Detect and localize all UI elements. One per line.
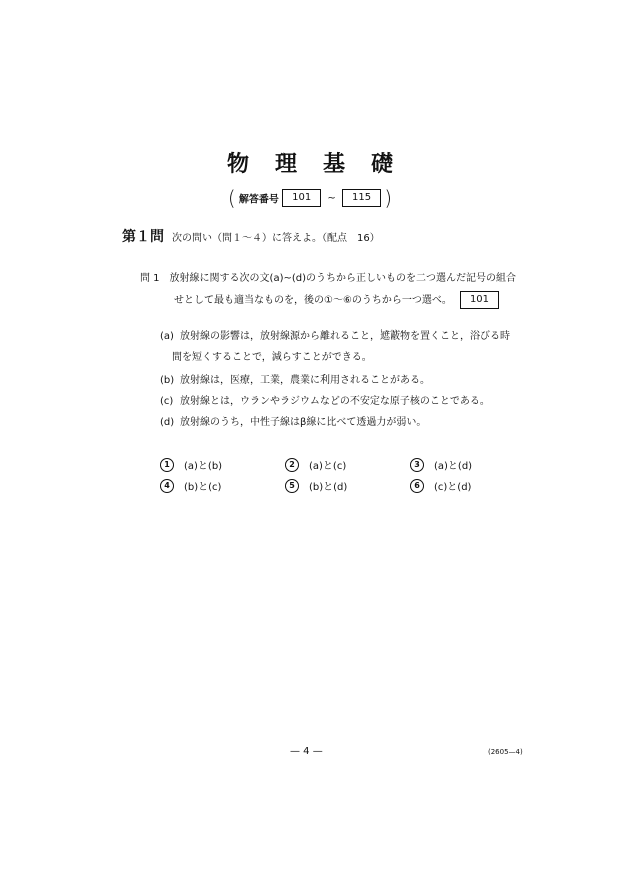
section-instruction: 次の問い（問１～４）に答えよ。（配点 16）	[172, 233, 380, 244]
close-paren: )	[384, 186, 392, 210]
question-text-line1: 放射線に関する次の文(a)~(d)のうちから正しいものを二つ選んだ記号の組合	[170, 273, 516, 284]
statement-c: (c)放射線とは，ウランやラジウムなどの不安定な原子核のことである。	[160, 391, 530, 412]
choice-text: (a)と(b)	[184, 457, 222, 472]
circled-number-icon: 3	[410, 458, 424, 472]
statement-a: (a)放射線の影響は，放射線源から離れること，しゃへい遮蔽物を置くこと，浴びる時…	[160, 326, 530, 368]
statement-text: 放射線のうち，中性子線はβ線に比べて透過力が弱い。	[180, 417, 426, 428]
statement-text: 放射線とは，ウランやラジウムなどの不安定な原子核のことである。	[180, 396, 490, 407]
question-text-line2: せとして最も適当なものを，後の①～⑥のうちから一つ選べ。	[174, 295, 452, 306]
section-heading: 第１問	[122, 229, 164, 245]
circled-number-icon: 1	[160, 458, 174, 472]
statement-d: (d)放射線のうち，中性子線はβ線に比べて透過力が弱い。	[160, 412, 530, 433]
document-code: (2605—4)	[488, 748, 523, 756]
statement-label: (c)	[160, 391, 180, 412]
choice-text: (a)と(d)	[434, 457, 472, 472]
statement-b: (b)放射線は，医療，工業，農業に利用されることがある。	[160, 370, 530, 391]
page-number: — 4 —	[290, 746, 323, 757]
statement-label: (a)	[160, 326, 180, 347]
statement-text: 放射線は，医療，工業，農業に利用されることがある。	[180, 375, 430, 386]
answer-box-101[interactable]: 101	[460, 291, 499, 309]
circled-number-icon: 4	[160, 479, 174, 493]
choice-3[interactable]: 3(a)と(d)	[410, 457, 472, 472]
statement-label: (d)	[160, 412, 180, 433]
ruby-word: しゃへい遮蔽	[380, 331, 400, 342]
choice-text: (c)と(d)	[434, 478, 471, 493]
answer-range-start-box: 101	[282, 189, 321, 207]
statement-text-after: 物を置くこと，浴びる時	[400, 331, 510, 342]
choice-5[interactable]: 5(b)と(d)	[285, 478, 347, 493]
circled-number-icon: 6	[410, 479, 424, 493]
question-1: 問 1放射線に関する次の文(a)~(d)のうちから正しいものを二つ選んだ記号の組…	[140, 268, 530, 312]
circled-number-icon: 2	[285, 458, 299, 472]
answer-range-separator: ~	[327, 193, 335, 204]
circled-number-icon: 5	[285, 479, 299, 493]
choice-text: (b)と(d)	[309, 478, 347, 493]
question-number: 問 1	[140, 273, 160, 284]
choice-text: (b)と(c)	[184, 478, 221, 493]
open-paren: (	[228, 186, 236, 210]
ruby-reading: しゃへい	[380, 322, 400, 343]
choice-1[interactable]: 1(a)と(b)	[160, 457, 222, 472]
choice-2[interactable]: 2(a)と(c)	[285, 457, 346, 472]
statement-label: (b)	[160, 370, 180, 391]
statement-continuation: 間を短くすることで，減らすことができる。	[160, 347, 530, 368]
statement-text: 放射線の影響は，放射線源から離れること，	[180, 331, 380, 342]
section-header: 第１問次の問い（問１～４）に答えよ。（配点 16）	[122, 226, 380, 246]
answer-range-end-box: 115	[342, 189, 381, 207]
choice-text: (a)と(c)	[309, 457, 346, 472]
answer-number-range: ( 解答番号 101 ~ 115 )	[0, 186, 620, 210]
page-title: 物理基礎	[0, 147, 620, 178]
answer-range-label: 解答番号	[239, 195, 279, 206]
choice-6[interactable]: 6(c)と(d)	[410, 478, 471, 493]
choice-4[interactable]: 4(b)と(c)	[160, 478, 221, 493]
